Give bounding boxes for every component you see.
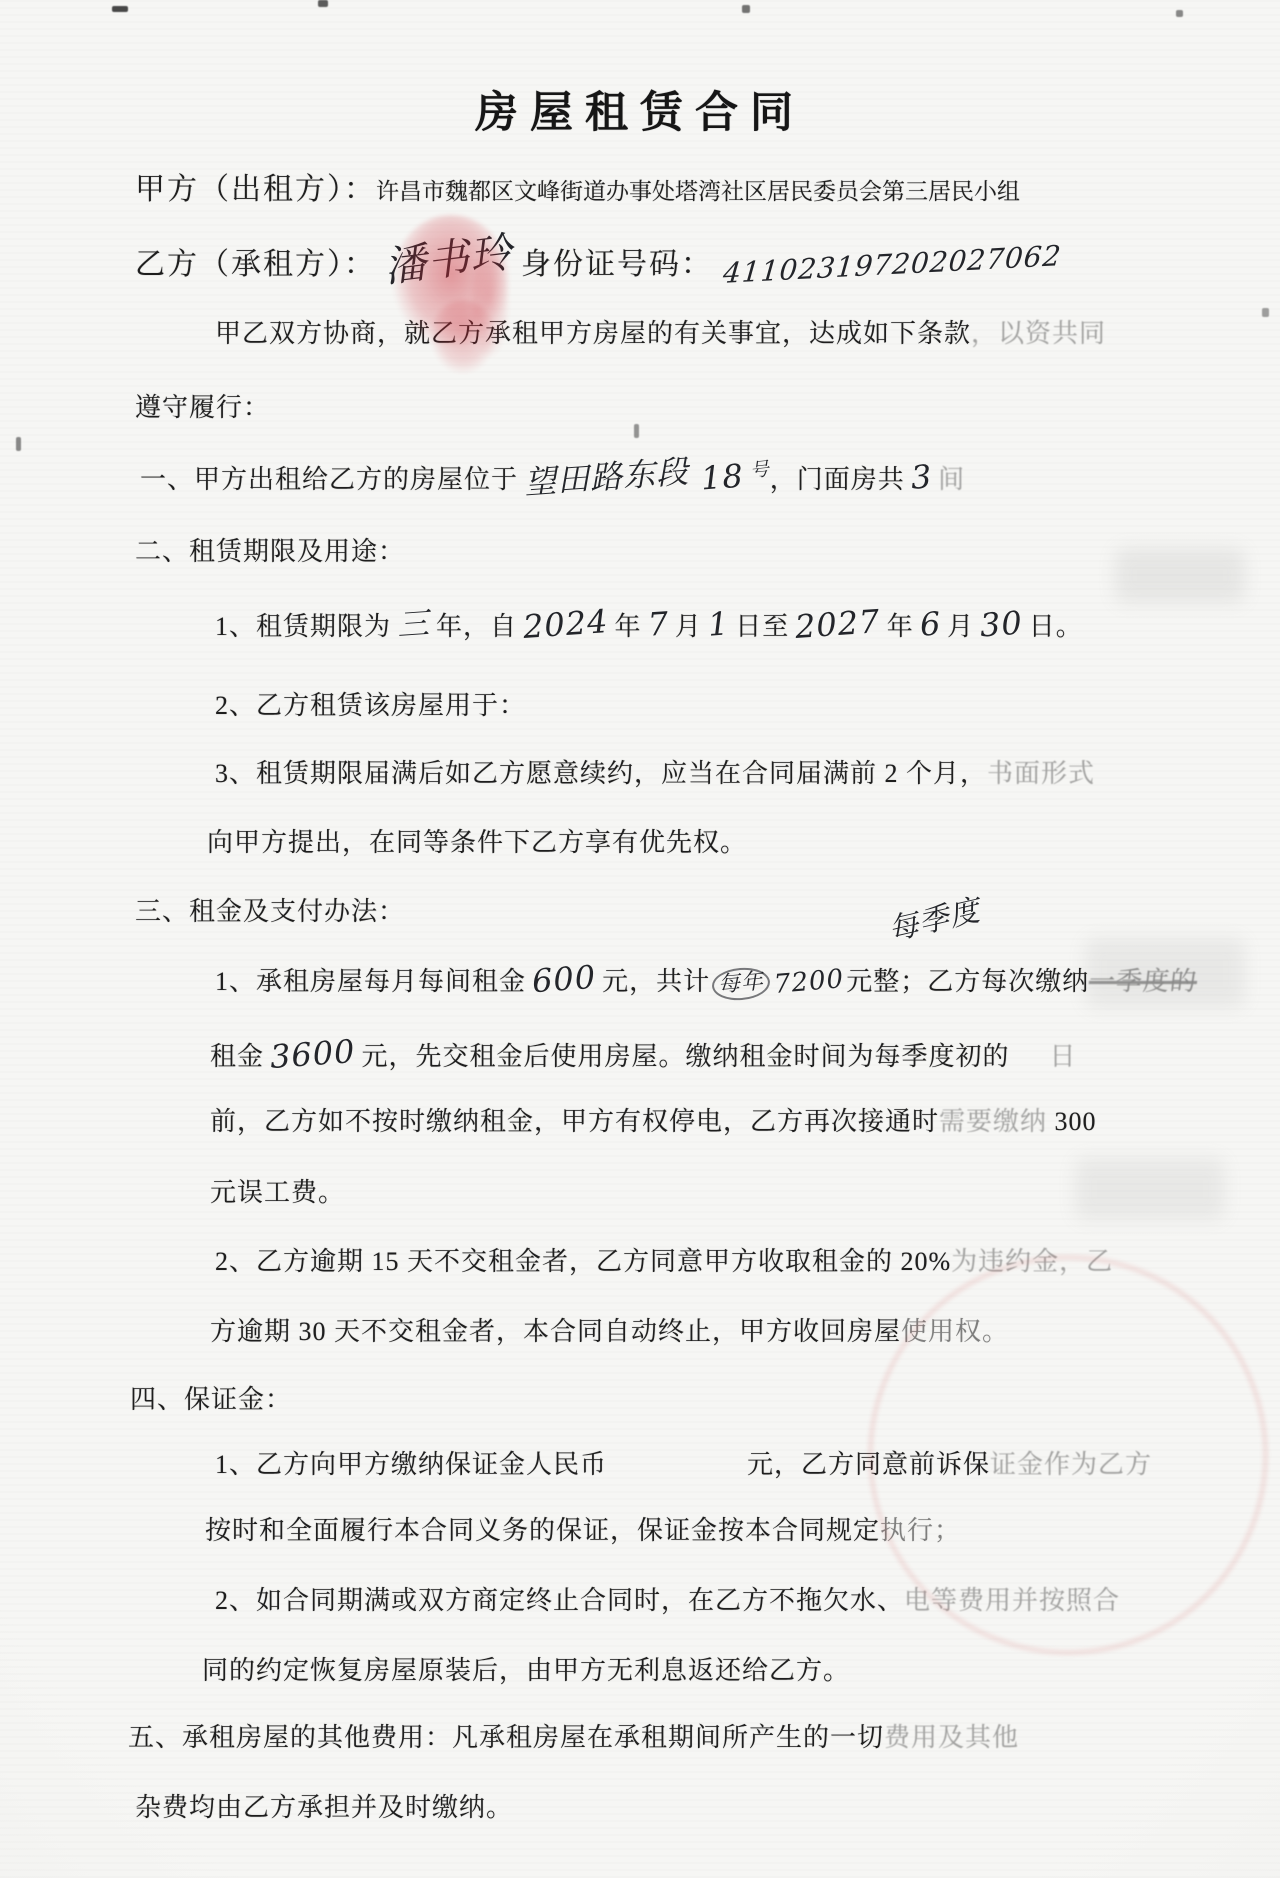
- section-4-item-2b: 同的约定恢复房屋原装后，由甲方无利息返还给乙方。: [202, 1655, 850, 1686]
- quarterly-annotation: 每季度: [888, 903, 981, 939]
- quarterly-annotation-handwritten: 每季度: [885, 893, 984, 949]
- section-2-item-3a: 3、租赁期限届满后如乙方愿意续约，应当在合同届满前 2 个月，书面形式: [215, 758, 1095, 789]
- text-segment: 元，乙方同意前诉保: [747, 1450, 990, 1479]
- section-3-item-2b: 方逾期 30 天不交租金者，本合同自动终止，甲方收回房屋使用权。: [210, 1316, 1009, 1347]
- monthly-rent-handwritten: 600: [531, 958, 598, 1001]
- text-segment: 一季度的: [1088, 966, 1199, 997]
- text-segment: 租金: [210, 1042, 264, 1071]
- text-segment: 电等费用并按照合: [904, 1586, 1120, 1615]
- text-segment: 间: [938, 465, 965, 494]
- end-month-handwritten: 6: [918, 604, 942, 644]
- text-segment: 为违约金，乙: [951, 1247, 1113, 1276]
- per-year-annotation-handwritten: 每年: [711, 966, 772, 1003]
- text-segment: 2、乙方逾期 15 天不交租金者，乙方同意甲方收取租金的 20%: [215, 1247, 951, 1276]
- text-segment: 月: [947, 612, 974, 641]
- text-segment: 证金作为乙方: [990, 1450, 1152, 1479]
- text-segment: 元，先交租金后使用房屋。缴纳租金时间为每季度初的: [361, 1042, 1009, 1071]
- text-segment: 2、如合同期满或双方商定终止合同时，在乙方不拖欠水、: [215, 1586, 904, 1615]
- text-segment: 三、租金及支付办法：: [135, 897, 405, 926]
- text-segment: 按时和全面履行本合同义务的保证，保证金按本合同规定: [205, 1516, 880, 1545]
- text-segment: 乙方（承租方）：: [135, 248, 376, 281]
- room-count-handwritten: 3: [909, 457, 933, 497]
- text-segment: 甲乙双方协商，就乙方承租甲方房屋的有关事宜，达成如下条款: [215, 319, 971, 348]
- lease-term-handwritten: 三: [396, 604, 432, 645]
- landlord-name: 许昌市魏都区文峰街道办事处塔湾社区居民委员会第三居民小组: [376, 179, 1020, 204]
- section-2-item-3b: 向甲方提出，在同等条件下乙方享有优先权。: [207, 827, 747, 858]
- section-2-heading: 二、租赁期限及用途：: [135, 536, 405, 567]
- start-month-handwritten: 7: [646, 604, 670, 644]
- end-day-handwritten: 30: [979, 604, 1024, 645]
- text-segment: 执行；: [880, 1516, 961, 1545]
- speck-artifact: [318, 0, 328, 7]
- section-3-item-1a: 1、承租房屋每月每间租金600元，共计每年7200元整；乙方每次缴纳一季度的: [215, 960, 1197, 1000]
- section-1-line: 一、甲方出租给乙方的房屋位于望田路东段18号，门面房共3间: [140, 458, 965, 496]
- start-year-handwritten: 2024: [522, 602, 610, 646]
- address-number-handwritten: 18: [700, 457, 745, 498]
- text-segment: 3、租赁期限届满后如乙方愿意续约，应当在合同届满前 2 个月，: [215, 759, 987, 788]
- text-segment: 同的约定恢复房屋原装后，由甲方无利息返还给乙方。: [202, 1656, 850, 1685]
- speck-artifact: [742, 5, 750, 13]
- text-segment: 甲方（出租方）：: [135, 173, 376, 206]
- section-4-heading: 四、保证金：: [130, 1384, 292, 1415]
- quarterly-rent-handwritten: 3600: [269, 1032, 357, 1076]
- text-segment: 年，自: [436, 612, 517, 641]
- start-day-handwritten: 1: [707, 604, 731, 644]
- section-2-item-2: 2、乙方租赁该房屋用于：: [215, 690, 526, 721]
- section-5-line-a: 五、承租房屋的其他费用：凡承租房屋在承租期间所产生的一切费用及其他: [128, 1722, 1019, 1753]
- ghost-artifact: [1075, 1158, 1225, 1220]
- text-segment: 费用及其他: [884, 1723, 1019, 1752]
- text-segment: ，门面房共: [770, 465, 905, 494]
- text-segment: 方逾期 30 天不交租金者，本合同自动终止，甲方收回房屋: [210, 1317, 901, 1346]
- speck-artifact: [1262, 308, 1269, 317]
- text-segment: ，以资共同: [971, 319, 1106, 348]
- speck-artifact: [1176, 10, 1183, 17]
- end-year-handwritten: 2027: [794, 602, 882, 646]
- section-2-item-1: 1、租赁期限为三年，自2024年7月1日至2027年6月30日。: [215, 605, 1083, 643]
- speck-artifact: [634, 424, 639, 438]
- text-segment: 300: [1047, 1107, 1097, 1136]
- document-title: 房屋租赁合同: [0, 88, 1280, 140]
- section-3-item-1c: 前，乙方如不按时缴纳租金，甲方有权停电，乙方再次接通时需要缴纳 300: [210, 1106, 1097, 1137]
- text-segment: 年: [887, 612, 914, 641]
- text-segment: 五、承租房屋的其他费用：凡承租房屋在承租期间所产生的一切: [128, 1723, 884, 1752]
- text-segment: 杂费均由乙方承担并及时缴纳。: [135, 1793, 513, 1822]
- text-segment: 前，乙方如不按时缴纳租金，甲方有权停电，乙方再次接通时: [210, 1107, 939, 1136]
- party-a-line: 甲方（出租方）：许昌市魏都区文峰街道办事处塔湾社区居民委员会第三居民小组: [135, 172, 1020, 208]
- annual-rent-handwritten: 7200: [773, 964, 846, 1001]
- text-segment: 1、承租房屋每月每间租金: [215, 967, 526, 996]
- ghost-artifact: [1115, 548, 1245, 603]
- section-3-heading: 三、租金及支付办法：: [135, 896, 405, 927]
- speck-artifact: [112, 6, 128, 12]
- text-segment: 元，共计: [602, 967, 710, 996]
- section-4-item-2a: 2、如合同期满或双方商定终止合同时，在乙方不拖欠水、电等费用并按照合: [215, 1585, 1120, 1616]
- text-segment: 向甲方提出，在同等条件下乙方享有优先权。: [207, 828, 747, 857]
- text-segment: 二、租赁期限及用途：: [135, 537, 405, 566]
- text-segment: 使用权。: [901, 1317, 1009, 1346]
- text-segment: 书面形式: [987, 759, 1095, 788]
- section-3-item-2a: 2、乙方逾期 15 天不交租金者，乙方同意甲方收取租金的 20%为违约金，乙: [215, 1246, 1113, 1277]
- text-segment: 元整；乙方每次缴纳: [846, 967, 1089, 996]
- text-segment: 2、乙方租赁该房屋用于：: [215, 691, 526, 720]
- intro-line-1: 甲乙双方协商，就乙方承租甲方房屋的有关事宜，达成如下条款，以资共同: [215, 318, 1106, 349]
- party-b-line: 乙方（承租方）：潘书玲身份证号码：411023197202027062: [135, 235, 1062, 285]
- text-segment: 遵守履行：: [135, 393, 270, 422]
- text-segment: 四、保证金：: [130, 1385, 292, 1414]
- text-segment: 一、甲方出租给乙方的房屋位于: [140, 465, 518, 494]
- text-segment: 身份证号码：: [521, 248, 713, 281]
- contract-scan-page: 房屋租赁合同 甲方（出租方）：许昌市魏都区文峰街道办事处塔湾社区居民委员会第三居…: [0, 0, 1280, 1878]
- text-segment: 1、乙方向甲方缴纳保证金人民币: [215, 1450, 607, 1479]
- text-segment: 日。: [1029, 612, 1083, 641]
- section-5-line-b: 杂费均由乙方承担并及时缴纳。: [135, 1792, 513, 1823]
- text-segment: 元误工费。: [210, 1178, 345, 1207]
- text-segment: 1、租赁期限为: [215, 612, 391, 641]
- section-3-item-1d: 元误工费。: [210, 1177, 345, 1208]
- section-4-item-1b: 按时和全面履行本合同义务的保证，保证金按本合同规定执行；: [205, 1515, 961, 1546]
- text-segment: 月: [675, 612, 702, 641]
- section-3-item-1b: 租金3600元，先交租金后使用房屋。缴纳租金时间为每季度初的日: [210, 1035, 1076, 1073]
- tenant-name-handwritten: 潘书玲: [381, 227, 515, 293]
- address-handwritten: 望田路东段: [523, 452, 690, 502]
- section-4-item-1a: 1、乙方向甲方缴纳保证金人民币元，乙方同意前诉保证金作为乙方: [215, 1449, 1152, 1480]
- speck-artifact: [16, 437, 21, 451]
- text-segment: 年: [614, 612, 641, 641]
- text-segment: 需要缴纳: [939, 1107, 1047, 1136]
- text-segment: 日: [1049, 1042, 1076, 1071]
- id-number-handwritten: 411023197202027062: [722, 239, 1063, 291]
- intro-line-2: 遵守履行：: [135, 392, 270, 423]
- address-suffix-handwritten: 号: [749, 458, 771, 483]
- text-segment: 日至: [735, 612, 789, 641]
